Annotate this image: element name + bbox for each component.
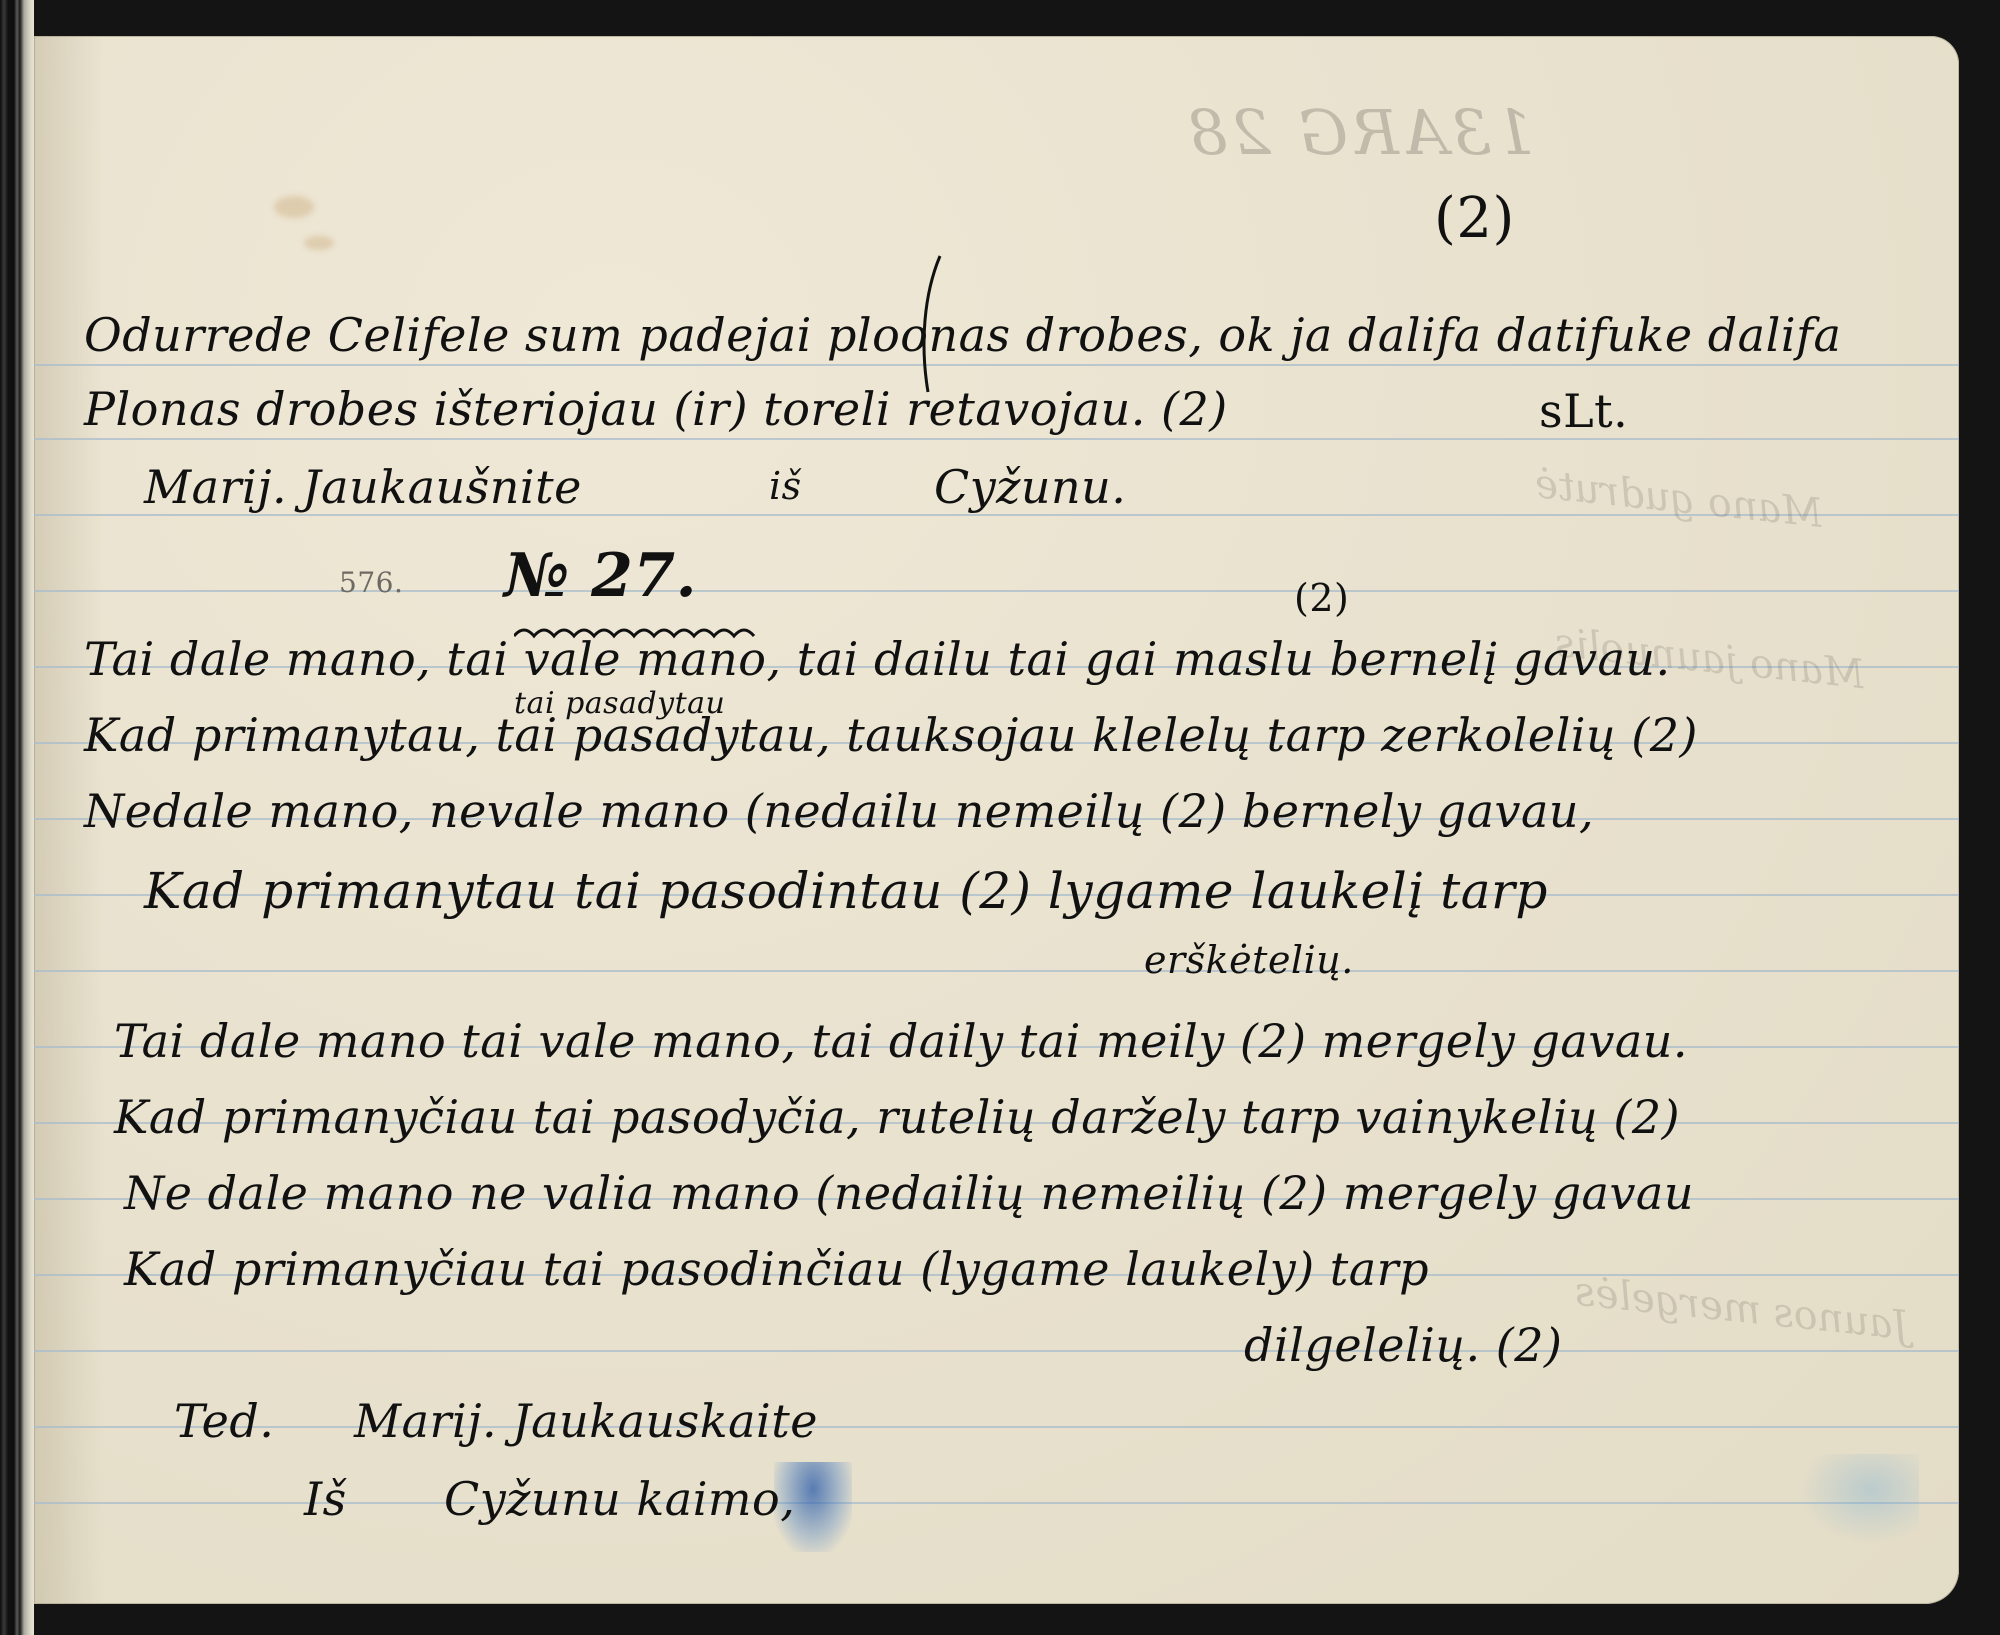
stanza-2-line-1: Tai dale mano, tai vale mano, tai dailu …: [84, 632, 1671, 686]
attribution-place: Cyžunu.: [934, 460, 1126, 514]
manuscript-page: 13ARG 28 Mano gudrutė Mano jaunuolis Jau…: [34, 36, 1959, 1604]
ruled-line: [34, 1426, 1959, 1428]
stanza-3-line-4: Kad primanyčiau tai pasodinčiau (lygame …: [124, 1242, 1429, 1296]
song-number-heading: № 27.: [504, 541, 697, 611]
stanza-3-line-3: Ne dale mano ne valia mano (nedailių nem…: [124, 1166, 1694, 1220]
stanza-1-line-1: Odurrede Celifele sum padejai ploonas dr…: [84, 308, 1842, 362]
stanza-3-line-1: Tai dale mano tai vale mano, tai daily t…: [114, 1014, 1688, 1068]
stanza-3-line-5: dilgelelių. (2): [1244, 1318, 1562, 1372]
attribution-name: Marij. Jaukaušnite: [144, 460, 582, 514]
pencil-catalog-number: 576.: [339, 566, 403, 599]
stanza-1-line-2: Plonas drobes išteriojau (ir) toreli ret…: [84, 382, 1228, 436]
bleedthrough-stamp: 13ARG 28: [1184, 96, 1534, 169]
stanza-2-line-4: Kad primanytau tai pasodintau (2) lygame…: [144, 862, 1548, 920]
paper-stain: [304, 236, 334, 250]
ruled-line: [34, 364, 1959, 366]
bleedthrough-text: Mano gudrutė: [1532, 461, 1824, 537]
stanza-3-line-2: Kad primanyčiau tai pasodyčia, rutelių d…: [114, 1090, 1680, 1144]
ruled-line: [34, 590, 1959, 592]
stanza-2-line-3: Nedale mano, nevale mano (nedailu nemeil…: [84, 784, 1594, 838]
blue-ink-corner: [1799, 1454, 1919, 1544]
signature-name: Marij. Jaukauskaite: [354, 1394, 818, 1448]
ruled-line: [34, 970, 1959, 972]
stanza-2-line-5: erškėtelių.: [1144, 938, 1354, 982]
signature-place: Cyžunu kaimo,: [444, 1472, 795, 1526]
ruled-line: [34, 438, 1959, 440]
top-refrain-marker: (2): [1434, 186, 1515, 251]
refrain-mark: (2): [1294, 576, 1349, 620]
attribution-from: iš: [769, 464, 802, 508]
stanza-2-line-2: Kad primanytau, tai pasadytau, tauksojau…: [84, 708, 1698, 762]
bleedthrough-text: Jaunos mergelės: [1573, 1269, 1912, 1350]
refrain-mark: sLt.: [1539, 384, 1628, 438]
ruled-line: [34, 1350, 1959, 1352]
signature-prefix: Ted.: [174, 1394, 274, 1448]
paper-stain: [274, 196, 314, 218]
notebook-spine: [0, 0, 34, 1635]
signature-from: Iš: [304, 1472, 347, 1526]
